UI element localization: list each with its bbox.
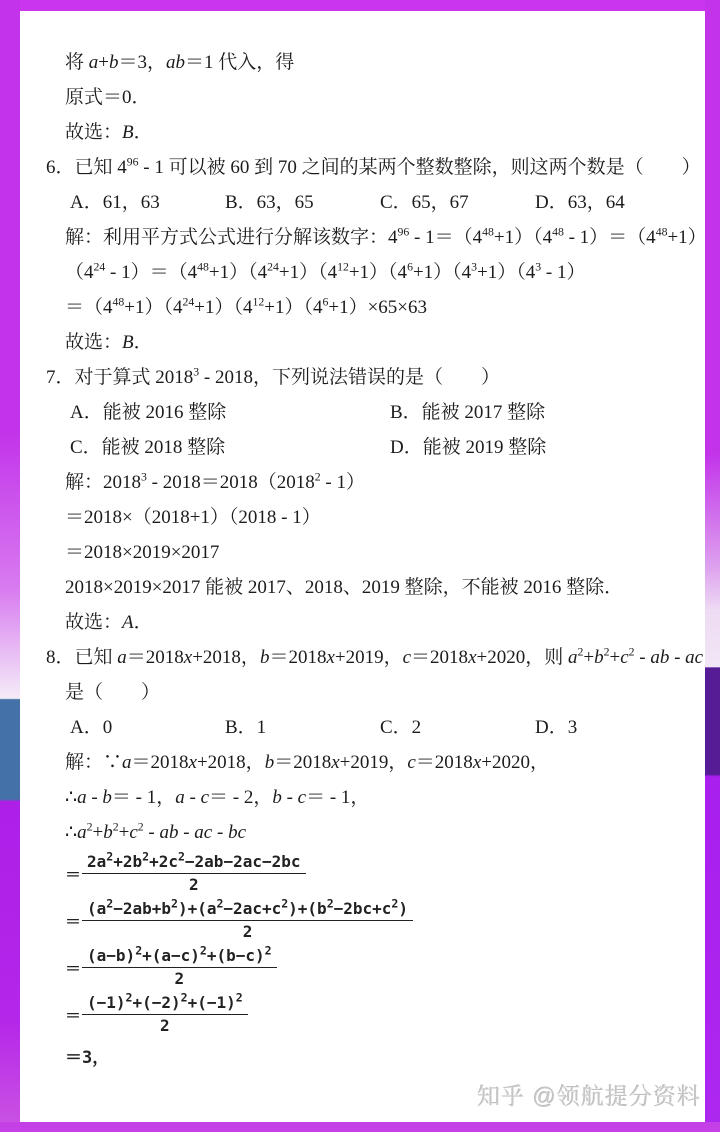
document-page: 将 a+b＝3，ab＝1 代入，得原式＝0．故选：B．6．已知 496 - 1 … [20,11,705,1122]
solution-line: 故选：B． [20,325,705,360]
math-variable: a [175,787,185,808]
text-segment: ＝2018 [269,647,326,668]
fraction-denominator: 2 [189,874,199,894]
text-segment: ＝3， [118,52,166,73]
math-variable: ac [685,647,703,668]
answer-options-row: C．能被 2018 整除D．能被 2019 整除 [20,430,705,465]
text-segment: +2018， [197,752,265,773]
text-segment: - 1＝（4 [409,227,482,248]
text-segment: +1）（4 [413,262,471,283]
text-segment: - 1） [541,262,585,283]
text-segment: - [212,822,228,843]
solution-line: ∴a2+b2+c2 - ab - ac - bc [20,815,705,850]
text-segment: +1）（4 [667,227,705,248]
text-segment: ) [398,899,408,918]
exponent: 96 [398,226,410,239]
exponent: 48 [656,226,668,239]
text-segment: −2ac+c [223,899,281,918]
math-variable: c [407,752,415,773]
solution-line: 故选：A． [20,605,705,640]
text-segment: - 1）＝（4 [564,227,656,248]
answer-options-row: A．0B．1C．2D．3 [20,710,705,745]
answer-option: A．能被 2016 整除 [70,395,390,430]
math-variable: a [117,647,127,668]
math-variable: ab [650,647,669,668]
fraction-numerator: (a−b)2+(a−c)2+(b−c)2 [82,947,277,967]
text-segment: （4 [65,262,94,283]
text-segment: +2b [113,852,142,871]
fraction-equation-line: ＝(a2−2ab+b2)+(a2−2ac+c2)+(b2−2bc+c2)2 [20,897,705,944]
text-segment: )+(a [178,899,217,918]
answer-option: B．能被 2017 整除 [390,395,545,430]
text-segment: ∴ [65,787,77,808]
math-variable: A [122,612,134,633]
solution-line: 解：20183 - 2018＝2018（20182 - 1） [20,465,705,500]
text-segment: +1）（4 [279,262,337,283]
exponent: 12 [252,296,264,309]
text-segment: ＝2018 [411,647,468,668]
text-segment: 解：利用平方式公式进行分解该数字：4 [65,227,398,248]
text-segment: +(−1) [188,993,236,1012]
text-segment: + [609,647,620,668]
exponent: 2 [327,897,334,911]
text-segment: - [703,647,705,668]
text-segment: ． [134,612,153,633]
exponent: 2 [171,897,178,911]
math-variable: x [331,752,339,773]
fraction-denominator: 2 [174,968,184,988]
math-variable: x [468,647,476,668]
solution-line: ＝（448+1）（424+1）（412+1）（46+1）×65×63 [20,290,705,325]
solution-line: 解：利用平方式公式进行分解该数字：496 - 1＝（448+1）（448 - 1… [20,220,705,255]
frame-border-right [705,0,720,1132]
math-variable: c [620,647,628,668]
text-segment: −2ab+b [113,899,171,918]
math-variable: ab [166,52,185,73]
text-segment: 故选： [65,332,122,353]
exponent: 2 [178,850,185,864]
math-variable: c [129,822,137,843]
question-line: 7．对于算式 20183 - 2018，下列说法错误的是（ ） [20,360,705,395]
text-segment: + [119,822,130,843]
math-variable: ab [159,822,178,843]
text-segment: 6．已知 4 [46,157,127,178]
text-segment: 将 [65,52,89,73]
text-segment: +2020，则 [477,647,568,668]
exponent: 2 [181,991,188,1005]
text-segment: ＝2018 [416,752,473,773]
exponent: 48 [552,226,564,239]
exponent: 2 [200,944,207,958]
text-segment: +(−2) [132,993,180,1012]
exponent: 48 [197,261,209,274]
text-segment: 故选： [65,122,122,143]
text-segment: +1）（4 [494,227,552,248]
answer-option: A．61，63 [70,185,225,220]
math-variable: bc [228,822,246,843]
fraction: (a2−2ab+b2)+(a2−2ac+c2)+(b2−2bc+c2)2 [82,900,413,941]
text-segment: 原式＝0． [65,87,151,108]
text-segment: ∴ [65,822,77,843]
math-variable: x [189,752,197,773]
text-segment: - 1）＝（4 [105,262,197,283]
math-variable: b [594,647,604,668]
math-variable: b [265,752,275,773]
math-variable: a [89,52,99,73]
math-variable: a [77,822,87,843]
fraction-denominator: 2 [243,921,253,941]
frame-border-top [0,0,720,11]
answer-option: C．能被 2018 整除 [70,430,390,465]
solution-line: ＝2018×（2018+1）（2018 - 1） [20,500,705,535]
text-segment: ＝3， [65,1048,109,1068]
exponent: 12 [337,261,349,274]
solution-line: ∴a - b＝ - 1，a - c＝ - 2，b - c＝ - 1， [20,780,705,815]
text-segment: - [282,787,298,808]
text-segment: +2019， [335,647,403,668]
exponent: 24 [183,296,195,309]
solution-line: 将 a+b＝3，ab＝1 代入，得 [20,45,705,80]
exponent: 48 [482,226,494,239]
text-segment: 解：∵ [65,752,122,773]
math-variable: x [473,752,481,773]
answer-options-row: A．61，63B．63，65C．65，67D．63，64 [20,185,705,220]
math-variable: B [122,332,134,353]
fraction: (−1)2+(−2)2+(−1)22 [82,994,248,1035]
text-segment: )+(b [288,899,327,918]
text-segment: (a−b) [87,946,135,965]
answer-option: B．1 [225,710,380,745]
math-variable: b [272,787,282,808]
math-variable: ac [194,822,212,843]
text-segment: +1）（4 [349,262,407,283]
text-segment: +1）（4 [209,262,267,283]
exponent: 24 [94,261,106,274]
text-segment: - [87,787,103,808]
text-segment: 是（ ） [65,682,160,703]
text-segment: - [185,787,201,808]
frame-border-bottom [0,1122,720,1132]
solution-line: （424 - 1）＝（448+1）（424+1）（412+1）（46+1）（43… [20,255,705,290]
text-segment: + [98,52,109,73]
text-segment: - 1） [321,472,365,493]
text-segment: ＝1 代入，得 [185,52,294,73]
frame-border-left [0,0,20,1132]
math-variable: c [298,787,306,808]
answer-option: C．2 [380,710,535,745]
text-segment: + [583,647,594,668]
text-segment: 8．已知 [46,647,117,668]
text-segment: ＝2018 [274,752,331,773]
text-segment: - [669,647,685,668]
math-variable: b [103,822,113,843]
text-segment: ＝（4 [65,297,113,318]
text-segment: - [635,647,651,668]
answer-options-row: A．能被 2016 整除B．能被 2017 整除 [20,395,705,430]
text-segment: ＝2018×2019×2017 [65,542,219,563]
text-segment: - [178,822,194,843]
text-segment: 7．对于算式 2018 [46,367,193,388]
equation-result-line: ＝3， [20,1038,705,1078]
exponent: 48 [113,296,125,309]
solution-line: 解：∵a＝2018x+2018，b＝2018x+2019，c＝2018x+202… [20,745,705,780]
exponent: 2 [236,991,243,1005]
math-variable: b [102,787,112,808]
text-segment: ＝ - 1， [306,787,369,808]
fraction-denominator: 2 [160,1015,170,1035]
answer-option: A．0 [70,710,225,745]
math-variable: c [201,787,209,808]
text-segment: 2a [87,852,106,871]
solution-line: 原式＝0． [20,80,705,115]
text-segment: 故选： [65,612,122,633]
text-segment: ． [134,332,153,353]
math-variable: b [260,647,270,668]
text-segment: +1）（4 [264,297,322,318]
text-segment: +2019， [340,752,408,773]
text-segment: ． [134,122,153,143]
solution-text-block: 将 a+b＝3，ab＝1 代入，得原式＝0．故选：B．6．已知 496 - 1 … [20,45,705,1078]
math-variable: a [77,787,87,808]
exponent: 2 [265,944,272,958]
question-line: 8．已知 a＝2018x+2018，b＝2018x+2019，c＝2018x+2… [20,640,705,675]
answer-option: B．63，65 [225,185,380,220]
answer-option: D．能被 2019 整除 [390,430,546,465]
solution-line: 故选：B． [20,115,705,150]
solution-line: 2018×2019×2017 能被 2017、2018、2019 整除，不能被 … [20,570,705,605]
solution-line: 是（ ） [20,675,705,710]
math-variable: a [122,752,132,773]
math-variable: c [403,647,411,668]
text-segment: +(b−c) [207,946,265,965]
text-segment: ＝2018 [127,647,184,668]
answer-option: D．63，64 [535,185,625,220]
fraction: (a−b)2+(a−c)2+(b−c)22 [82,947,277,988]
text-segment: +2c [149,852,178,871]
text-segment: + [92,822,103,843]
solution-line: ＝2018×2019×2017 [20,535,705,570]
watermark: 知乎 @领航提分资料 [477,1078,701,1111]
fraction-equation-line: ＝(−1)2+(−2)2+(−1)22 [20,991,705,1038]
text-segment: 2018×2019×2017 能被 2017、2018、2019 整除，不能被 … [65,577,623,598]
text-segment: (−1) [87,993,126,1012]
answer-option: D．3 [535,710,577,745]
fraction-numerator: (a2−2ab+b2)+(a2−2ac+c2)+(b2−2bc+c2) [82,900,413,920]
math-variable: x [184,647,192,668]
fraction-numerator: 2a2+2b2+2c2−2ab−2ac−2bc [82,853,305,873]
math-variable: x [326,647,334,668]
fraction-numerator: (−1)2+(−2)2+(−1)2 [82,994,248,1014]
equals-sign: ＝ [65,862,81,885]
fraction-equation-line: ＝(a−b)2+(a−c)2+(b−c)22 [20,944,705,991]
equals-sign: ＝ [65,909,81,932]
text-segment: ＝2018×（2018+1）（2018 - 1） [65,507,321,528]
math-variable: B [122,122,134,143]
fraction: 2a2+2b2+2c2−2ab−2ac−2bc2 [82,853,305,894]
exponent: 24 [267,261,279,274]
text-segment: +1）（4 [477,262,535,283]
text-segment: (a [87,899,106,918]
text-segment: −2bc+c [334,899,392,918]
text-segment: +1）（4 [124,297,182,318]
fraction-equation-line: ＝2a2+2b2+2c2−2ab−2ac−2bc2 [20,850,705,897]
text-segment: - 2018＝2018（2018 [147,472,315,493]
question-line: 6．已知 496 - 1 可以被 60 到 70 之间的某两个整数整除，则这两个… [20,150,705,185]
text-segment: +(a−c) [142,946,200,965]
equals-sign: ＝ [65,1003,81,1026]
text-segment: +2018， [192,647,260,668]
text-segment: - [144,822,160,843]
equals-sign: ＝ [65,956,81,979]
text-segment: ＝ - 1， [112,787,175,808]
text-segment: +1）（4 [194,297,252,318]
text-segment: −2ab−2ac−2bc [185,852,301,871]
answer-option: C．65，67 [380,185,535,220]
text-segment: ＝ - 2， [209,787,272,808]
exponent: 96 [127,156,139,169]
text-segment: +2020， [481,752,549,773]
text-segment: - 1 可以被 60 到 70 之间的某两个整数整除，则这两个数是（ ） [139,157,701,178]
text-segment: +1）×65×63 [328,297,427,318]
text-segment: 解：2018 [65,472,141,493]
text-segment: - 2018，下列说法错误的是（ ） [199,367,500,388]
text-segment: ＝2018 [132,752,189,773]
